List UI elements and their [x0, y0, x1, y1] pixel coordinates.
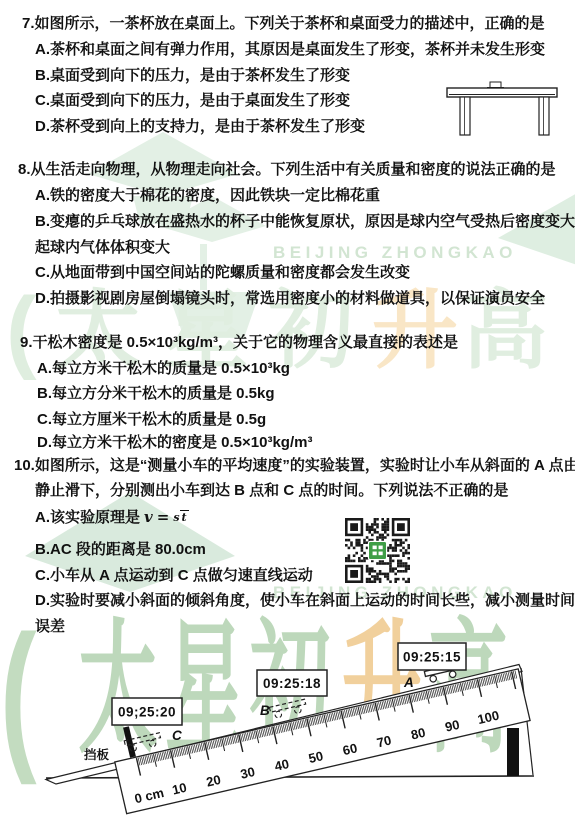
- q7-option-b: B.桌面受到向下的压力，是由于茶杯发生了形变: [35, 66, 350, 85]
- exam-page: BEIJING ZHONGKAO BEIJING ZHONGKAO ( 太 星 …: [0, 0, 575, 818]
- q9-stem: 9.干松木密度是 0.5×10³kg/m³，关于它的物理含义最直接的表述是: [20, 333, 458, 352]
- fraction-numerator: s: [173, 511, 179, 524]
- table-leg-right: [539, 97, 549, 135]
- car-at-b: [269, 699, 307, 719]
- q8-option-a: A.铁的密度大于棉花的密度，因此铁块一定比棉花重: [35, 186, 380, 205]
- q10-option-d: D.实验时要减小斜面的倾斜角度，使小车在斜面上运动的时间长些，减小测量时间的: [35, 591, 575, 610]
- baffle-label: 挡板: [84, 747, 110, 762]
- point-label-a: A: [403, 675, 414, 690]
- q10-option-b: B.AC 段的距离是 80.0cm: [35, 540, 206, 559]
- q8-option-b-cont: 起球内气体体积变大: [35, 238, 170, 257]
- formula-equals: =: [157, 508, 170, 527]
- q8-option-d: D.拍摄影视剧房屋倒塌镜头时，常选用密度小的材料做道具，以保证演员安全: [35, 289, 545, 308]
- baffle: [126, 727, 133, 757]
- qr-code: [345, 518, 411, 584]
- point-label-c: C: [172, 728, 182, 743]
- q8-stem: 8.从生活走向物理，从物理走向社会。下列生活中有关质量和密度的说法正确的是: [18, 160, 556, 179]
- q8-option-c: C.从地面带到中国空间站的陀螺质量和密度都会发生改变: [35, 263, 410, 282]
- table-cup-figure: [443, 78, 565, 140]
- q9-option-b: B.每立方分米干松木的质量是 0.5kg: [37, 384, 275, 403]
- q7-option-d: D.茶杯受到向上的支持力，是由于茶杯发生了形变: [35, 117, 365, 136]
- q8-option-b: B.变瘪的乒乓球放在盛热水的杯子中能恢复原状，原因是球内空气受热后密度变大引: [35, 212, 575, 231]
- point-label-b: B: [260, 703, 270, 718]
- cup-icon: [490, 82, 501, 88]
- q9-option-a: A.每立方米干松木的质量是 0.5×10³kg: [37, 359, 290, 378]
- q10-option-c: C.小车从 A 点运动到 C 点做匀速直线运动: [35, 566, 313, 585]
- formula-fraction: st: [173, 512, 188, 524]
- fraction-denominator: t: [180, 510, 189, 524]
- q10-stem-line2: 静止滑下，分别测出小车到达 B 点和 C 点的时间。下列说法不正确的是: [35, 481, 508, 500]
- timer-reading-c: 09;25:20: [118, 705, 176, 720]
- timer-reading-b: 09:25:18: [263, 676, 321, 691]
- q7-option-a: A.茶杯和桌面之间有弹力作用，其原因是桌面发生了形变，茶杯并未发生形变: [35, 40, 545, 59]
- q10-stem-line1: 10.如图所示，这是“测量小车的平均速度”的实验装置，实验时让小车从斜面的 A …: [14, 456, 575, 475]
- q10-option-a: A.该实验原理是 v = st: [35, 508, 189, 527]
- table-top: [447, 88, 557, 97]
- incline-experiment-diagram: 0 cm 10 20 30 40 50 60 70 80 90 100: [0, 628, 575, 818]
- watermark-paren: (: [6, 284, 37, 376]
- q7-stem: 7.如图所示，一茶杯放在桌面上。下列关于茶杯和桌面受力的描述中，正确的是: [22, 14, 545, 33]
- q9-option-d: D.每立方米干松木的密度是 0.5×10³kg/m³: [37, 433, 312, 452]
- support-block: [507, 728, 519, 776]
- q9-option-c: C.每立方厘米干松木的质量是 0.5g: [37, 410, 266, 429]
- formula-v: v: [144, 508, 153, 527]
- table-leg-left: [460, 97, 470, 135]
- q10-option-d-cont: 误差: [35, 617, 65, 636]
- watermark-subtext: BEIJING ZHONGKAO: [273, 243, 517, 263]
- q10-option-a-prefix: A.该实验原理是: [35, 508, 140, 527]
- q7-option-c: C.桌面受到向下的压力，是由于桌面发生了形变: [35, 91, 350, 110]
- timer-reading-a: 09:25:15: [403, 650, 461, 665]
